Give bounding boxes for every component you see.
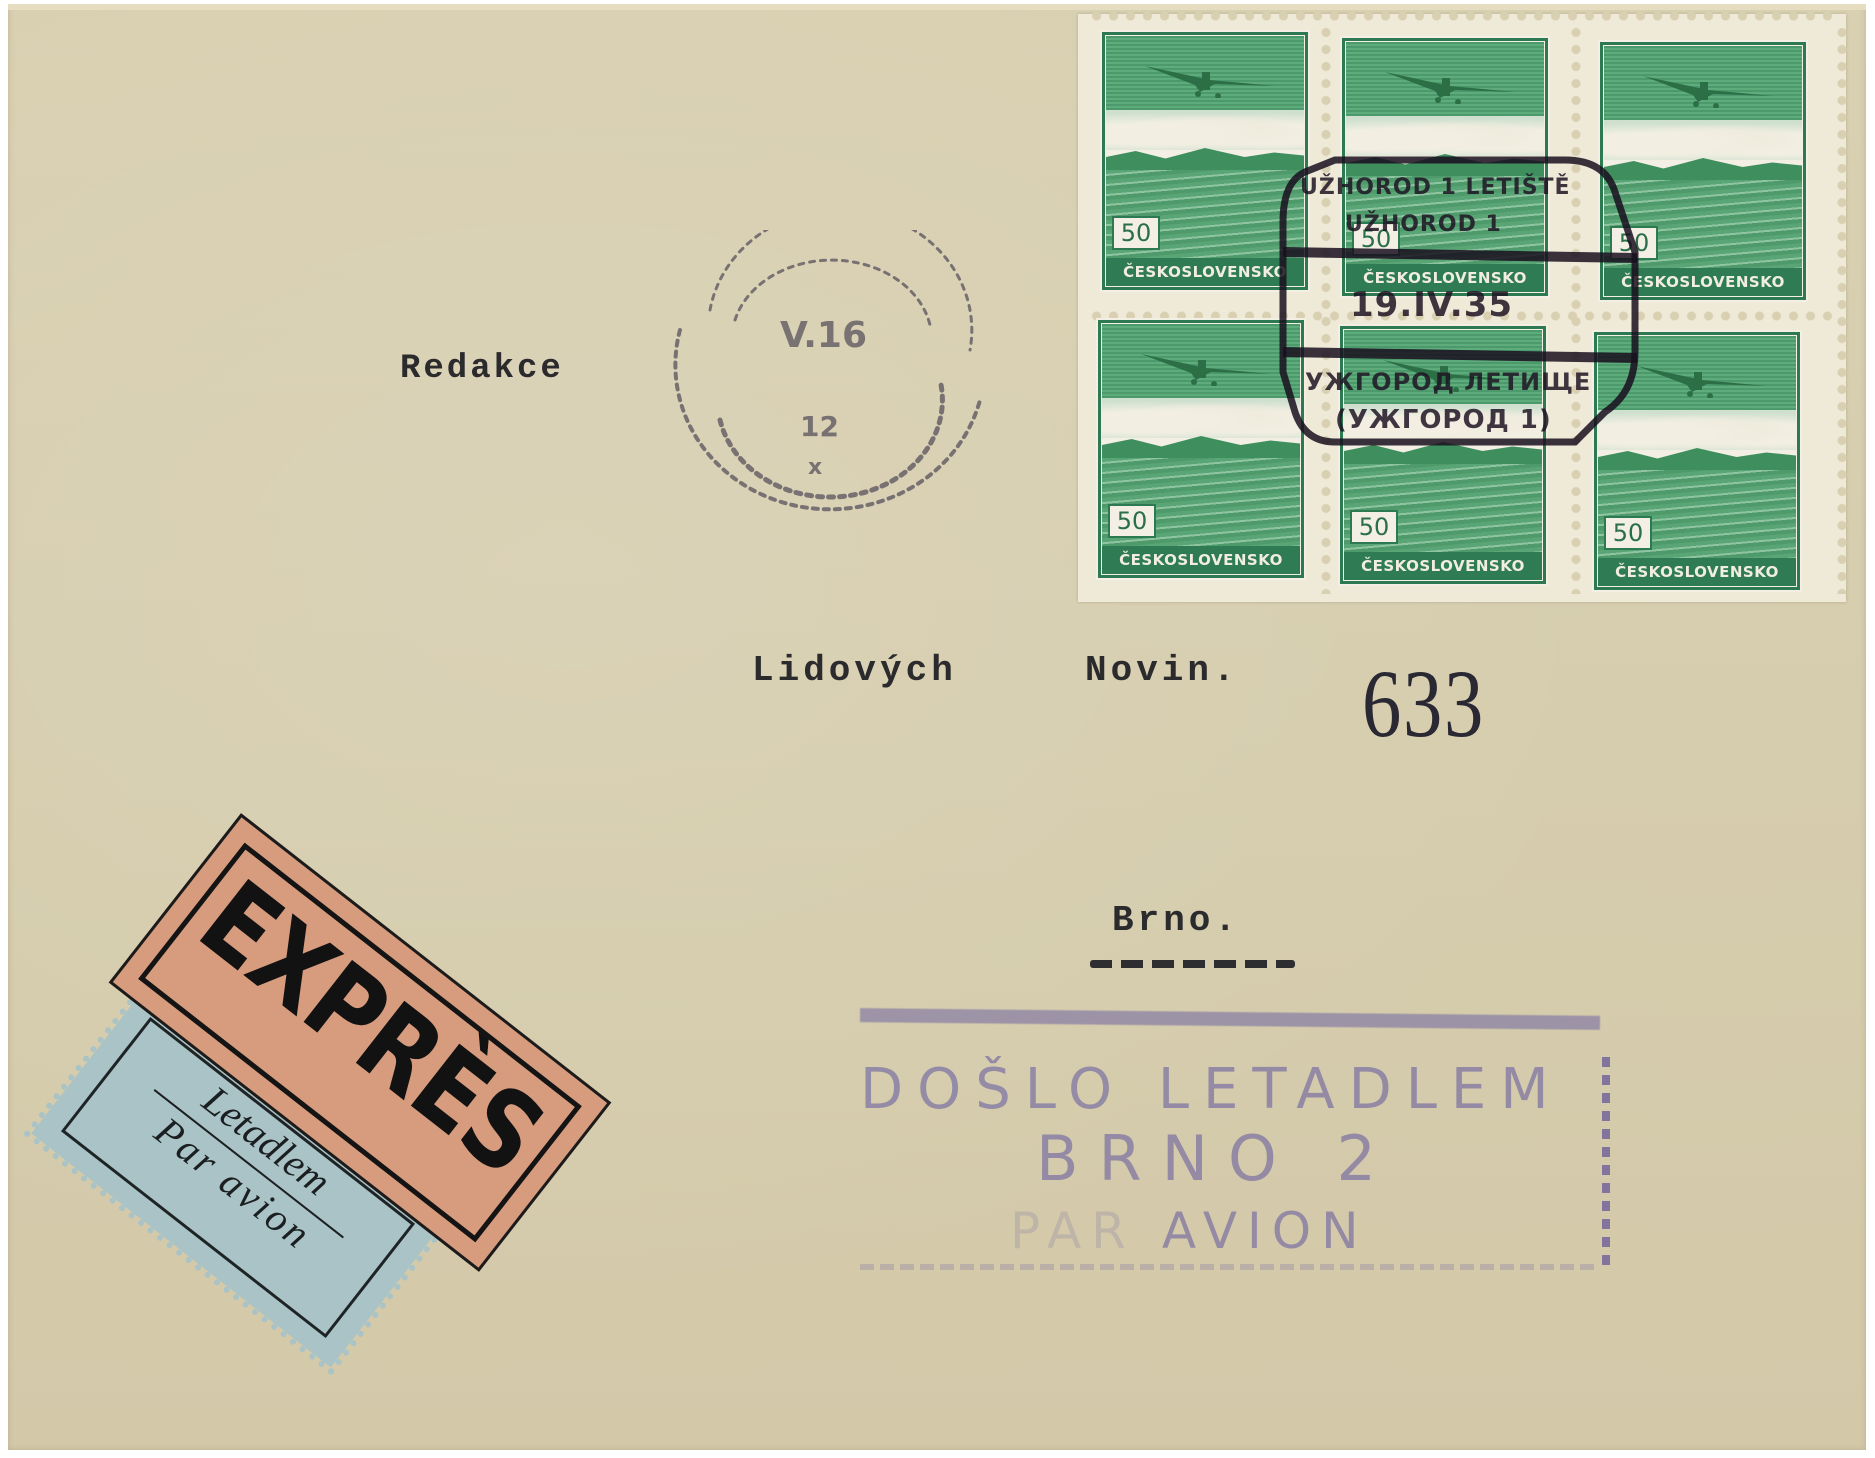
handwritten-number: 633 bbox=[1362, 648, 1485, 759]
cachet-top-border bbox=[860, 1008, 1600, 1030]
stamp-value: 50 bbox=[1350, 510, 1398, 544]
cachet-bottom-border bbox=[860, 1264, 1600, 1270]
postmark-hour: 12 bbox=[800, 410, 839, 443]
stamp-value: 50 bbox=[1112, 216, 1160, 250]
cancel-date: 19.IV.35 bbox=[1350, 285, 1513, 325]
stamp-country: ČESKOSLOVENSKO bbox=[1344, 552, 1542, 580]
stamp-country: ČESKOSLOVENSKO bbox=[1598, 558, 1796, 586]
addressee-city: Brno. bbox=[1112, 900, 1240, 941]
postmark-mark: x bbox=[808, 455, 822, 480]
stamp-value: 50 bbox=[1604, 516, 1652, 550]
stamp-value: 50 bbox=[1108, 504, 1156, 538]
postmark-date: V.16 bbox=[780, 315, 867, 356]
stamp-frame bbox=[1098, 320, 1304, 578]
stamp-country: ČESKOSLOVENSKO bbox=[1102, 546, 1300, 574]
cachet-line3: PAR AVION bbox=[1010, 1202, 1369, 1260]
circular-postmark bbox=[650, 230, 1010, 530]
cachet-line1: DOŠLO LETADLEM bbox=[860, 1057, 1563, 1122]
arrival-cachet: DOŠLO LETADLEM BRNO 2 PAR AVION bbox=[860, 1012, 1610, 1270]
addressee-line2a: Lidových bbox=[752, 650, 957, 691]
cancel-line2: UŽHOROD 1 bbox=[1345, 212, 1502, 237]
cachet-right-border bbox=[1602, 1057, 1610, 1272]
cancel-line3: УЖГОРОД ЛЕТИЩЕ bbox=[1305, 368, 1591, 396]
cachet-line3-faint: PAR bbox=[1010, 1202, 1136, 1260]
addressee-line2b: Novin. bbox=[1085, 650, 1239, 691]
perforation-right bbox=[1836, 24, 1848, 594]
cachet-line2: BRNO 2 bbox=[1036, 1122, 1396, 1195]
city-underline bbox=[1090, 960, 1295, 968]
perforation-top bbox=[1088, 10, 1838, 22]
addressee-line1: Redakce bbox=[400, 350, 564, 388]
cancel-line4: (УЖГОРОД 1) bbox=[1335, 405, 1552, 435]
cancel-line1: UŽHOROD 1 LETIŠTĚ bbox=[1300, 175, 1571, 200]
cachet-line3-main: AVION bbox=[1162, 1202, 1369, 1260]
